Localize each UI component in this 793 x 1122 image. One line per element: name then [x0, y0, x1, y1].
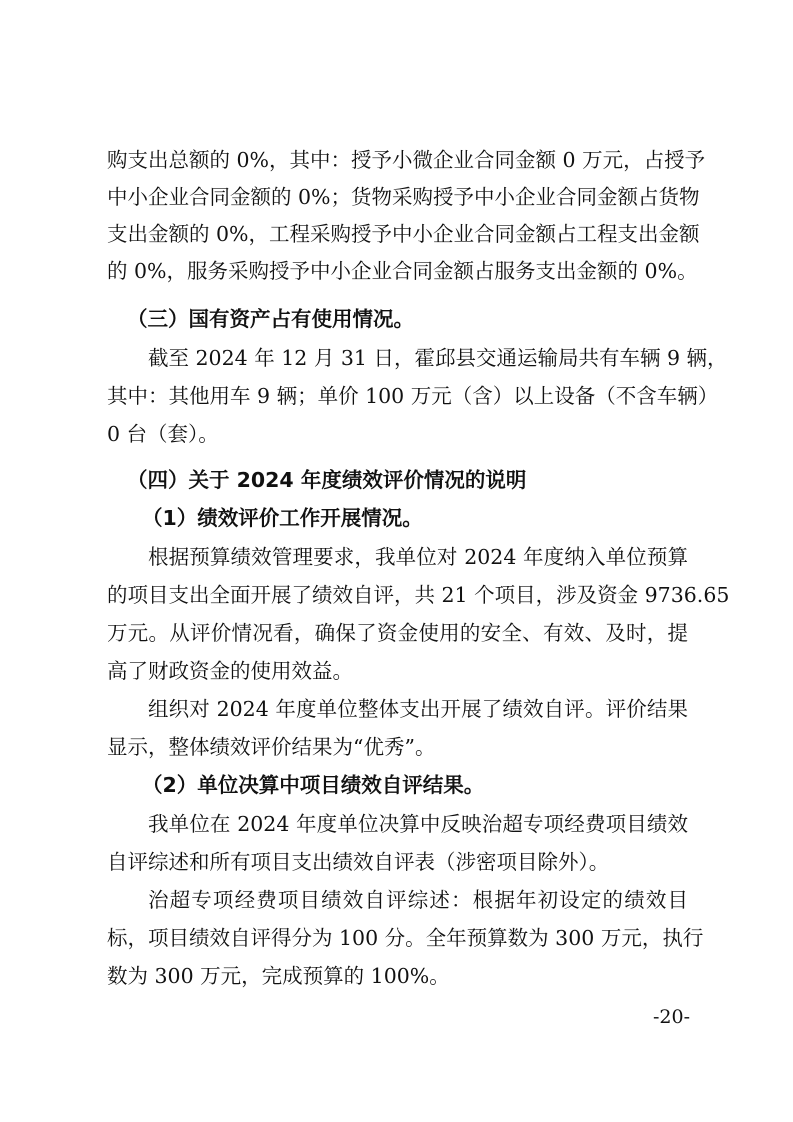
page-number: -20-	[640, 1005, 690, 1029]
paragraph-line: 我单位在 2024 年度单位决算中反映治超专项经费项目绩效	[148, 809, 688, 839]
paragraph-line: 购支出总额的 0%，其中：授予小微企业合同金额 0 万元，占授予	[107, 145, 688, 175]
paragraph-line: 其中：其他用车 9 辆；单价 100 万元（含）以上设备（不含车辆）	[107, 381, 688, 411]
paragraph-line: 中小企业合同金额的 0%；货物采购授予中小企业合同金额占货物	[107, 182, 688, 212]
paragraph-line: 治超专项经费项目绩效自评综述：根据年初设定的绩效目	[148, 885, 688, 915]
section-heading-performance: （四）关于 2024 年度绩效评价情况的说明	[127, 465, 708, 495]
paragraph-line: 的 0%，服务采购授予中小企业合同金额占服务支出金额的 0%。	[107, 256, 688, 286]
paragraph-line: 数为 300 万元，完成预算的 100%。	[107, 961, 688, 991]
paragraph-line: 高了财政资金的使用效益。	[107, 656, 688, 686]
paragraph-line: 0 台（套）。	[107, 419, 688, 449]
subsection-heading-results: （2）单位决算中项目绩效自评结果。	[142, 770, 723, 800]
paragraph-line: 根据预算绩效管理要求，我单位对 2024 年度纳入单位预算	[148, 542, 688, 572]
paragraph-line: 标，项目绩效自评得分为 100 分。全年预算数为 300 万元，执行	[107, 923, 688, 953]
document-page: 购支出总额的 0%，其中：授予小微企业合同金额 0 万元，占授予 中小企业合同金…	[0, 0, 793, 1122]
subsection-heading-evaluation: （1）绩效评价工作开展情况。	[142, 503, 723, 533]
paragraph-line: 支出金额的 0%，工程采购授予中小企业合同金额占工程支出金额	[107, 219, 688, 249]
section-heading-assets: （三）国有资产占有使用情况。	[127, 304, 708, 334]
paragraph-line: 组织对 2024 年度单位整体支出开展了绩效自评。评价结果	[148, 694, 688, 724]
paragraph-line: 显示，整体绩效评价结果为“优秀”。	[107, 732, 688, 762]
paragraph-line: 万元。从评价情况看，确保了资金使用的安全、有效、及时，提	[107, 618, 688, 648]
paragraph-line: 的项目支出全面开展了绩效自评，共 21 个项目，涉及资金 9736.65	[107, 580, 688, 610]
paragraph-line: 自评综述和所有项目支出绩效自评表（涉密项目除外）。	[107, 847, 688, 877]
paragraph-line: 截至 2024 年 12 月 31 日，霍邱县交通运输局共有车辆 9 辆，	[148, 343, 688, 373]
